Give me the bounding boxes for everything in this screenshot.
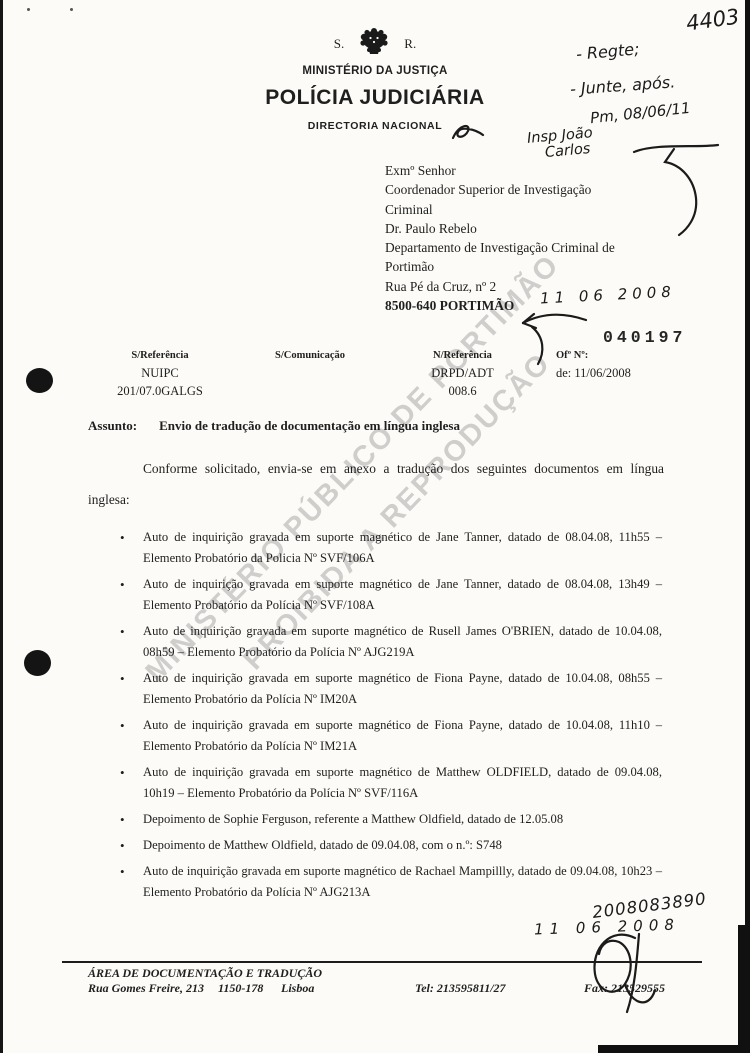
- body-intro-line2: inglesa:: [88, 484, 664, 515]
- document-item: Auto de inquirição gravada em suporte ma…: [117, 861, 662, 903]
- initial-r: R.: [404, 36, 416, 52]
- footer-department: ÁREA DE DOCUMENTAÇÃO E TRADUÇÃO: [88, 966, 322, 981]
- handwritten-inspector-line2: Carlos: [544, 141, 591, 161]
- recipient-line: Coordenador Superior de Investigação: [385, 180, 615, 199]
- reference-our-ref: N/Referência DRPD/ADT 008.6: [395, 350, 530, 400]
- our-ref-label: N/Referência: [395, 350, 530, 361]
- your-ref-value: NUIPC 201/07.0GALGS: [95, 364, 225, 400]
- registry-number-stamp: 040197: [603, 328, 686, 347]
- scanned-letter-page: MINISTÉRIO PÚBLICO DE PORTIMÃO PROIBIDA …: [0, 0, 750, 1053]
- footer-city: Lisboa: [281, 981, 314, 996]
- footer-postal-code: 1150-178: [218, 981, 263, 996]
- recipient-line: Dr. Paulo Rebelo: [385, 219, 615, 238]
- scan-speck: [27, 8, 30, 11]
- our-ref-value-1: DRPD/ADT: [395, 364, 530, 382]
- subject-text: Envio de tradução de documentação em lín…: [159, 418, 460, 434]
- official-number-value: de: 11/06/2008: [556, 364, 706, 382]
- subject-row: Assunto: Envio de tradução de documentaç…: [88, 418, 460, 434]
- your-communication-label: S/Comunicação: [240, 350, 380, 361]
- your-ref-value-1: NUIPC: [95, 364, 225, 382]
- document-list: Auto de inquirição gravada em suporte ma…: [117, 527, 662, 908]
- document-item: Auto de inquirição gravada em suporte ma…: [117, 621, 662, 663]
- reference-your-ref: S/Referência NUIPC 201/07.0GALGS: [95, 350, 225, 400]
- reference-your-communication: S/Comunicação: [240, 350, 380, 361]
- initial-s: S.: [334, 36, 344, 52]
- your-ref-value-2: 201/07.0GALGS: [95, 382, 225, 400]
- footer-phone: Tel: 213595811/27: [415, 981, 506, 996]
- our-ref-value: DRPD/ADT 008.6: [395, 364, 530, 400]
- document-item: Auto de inquirição gravada em suporte ma…: [117, 715, 662, 757]
- scan-speck: [70, 8, 73, 11]
- handwritten-signature: [577, 926, 672, 1018]
- recipient-line: Criminal: [385, 200, 615, 219]
- subject-label: Assunto:: [88, 418, 137, 434]
- our-ref-value-2: 008.6: [395, 382, 530, 400]
- scan-edge-right: [745, 0, 750, 1053]
- hole-punch-top: [26, 368, 53, 393]
- document-item: Auto de inquirição gravada em suporte ma…: [117, 574, 662, 616]
- handwritten-squiggle: [445, 118, 489, 148]
- footer-street: Rua Gomes Freire, 213: [88, 981, 204, 996]
- body-intro-line1: Conforme solicitado, envia-se em anexo a…: [88, 453, 664, 484]
- scan-edge-bottom: [598, 1045, 750, 1053]
- document-item: Auto de inquirição gravada em suporte ma…: [117, 668, 662, 710]
- handwritten-flourish: [626, 138, 726, 243]
- your-ref-label: S/Referência: [95, 350, 225, 361]
- document-item: Depoimento de Matthew Oldfield, datado d…: [117, 835, 662, 856]
- document-item: Auto de inquirição gravada em suporte ma…: [117, 762, 662, 804]
- body-intro: Conforme solicitado, envia-se em anexo a…: [88, 453, 664, 515]
- coat-of-arms-icon: [356, 28, 392, 60]
- scan-edge-right-bottom: [738, 925, 750, 1053]
- hole-punch-bottom: [24, 650, 51, 676]
- recipient-line: Exmº Senhor: [385, 161, 615, 180]
- reference-official-number: Ofº Nº: de: 11/06/2008: [556, 350, 706, 382]
- document-item: Depoimento de Sophie Ferguson, referente…: [117, 809, 662, 830]
- recipient-line: Departamento de Investigação Criminal de: [385, 238, 615, 257]
- official-number-label: Ofº Nº:: [556, 350, 706, 361]
- document-item: Auto de inquirição gravada em suporte ma…: [117, 527, 662, 569]
- scan-edge-left: [0, 0, 3, 1053]
- recipient-line: Portimão: [385, 257, 615, 276]
